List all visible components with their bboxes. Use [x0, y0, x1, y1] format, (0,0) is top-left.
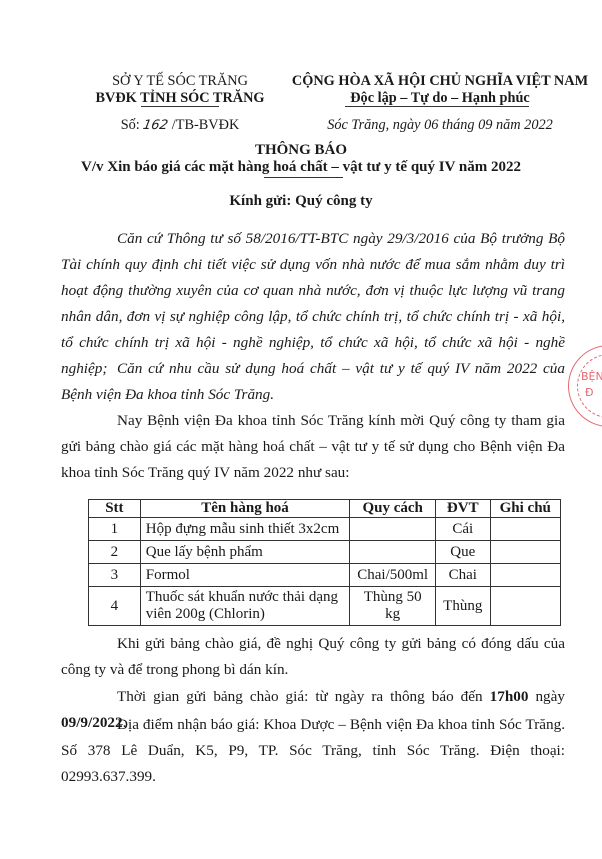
cell-name: Formol — [140, 564, 350, 587]
deadline-mid: ngày — [528, 688, 565, 705]
cell-unit: Cái — [435, 518, 490, 541]
recipient-line: Kính gửi: Quý công ty — [0, 193, 602, 210]
cell-spec — [350, 541, 436, 564]
paragraph-demand-basis: Căn cứ nhu cầu sử dụng hoá chất – vật tư… — [61, 356, 565, 408]
cell-unit: Chai — [435, 564, 490, 587]
cell-name: Hộp đựng mẫu sinh thiết 3x2cm — [140, 518, 350, 541]
number-suffix: /TB-BVĐK — [172, 117, 240, 133]
cell-unit: Thùng — [435, 587, 490, 626]
table-row: 2 Que lấy bệnh phẩm Que — [89, 541, 561, 564]
org-name: BVĐK TỈNH SÓC TRĂNG — [95, 90, 265, 107]
cell-stt: 3 — [89, 564, 141, 587]
number-prefix: Số: — [121, 117, 140, 133]
items-table: Stt Tên hàng hoá Quy cách ĐVT Ghi chú 1 … — [88, 499, 561, 626]
cell-note — [490, 564, 560, 587]
paragraph-submission-note: Khi gửi bảng chào giá, đề nghị Quý công … — [61, 631, 565, 683]
org-parent: SỞ Y TẾ SÓC TRĂNG — [95, 73, 265, 90]
org-underline — [141, 106, 219, 107]
table-row: 3 Formol Chai/500ml Chai — [89, 564, 561, 587]
paragraph-invitation: Nay Bệnh viện Đa khoa tỉnh Sóc Trăng kín… — [61, 408, 565, 486]
cell-note — [490, 587, 560, 626]
col-header-note: Ghi chú — [490, 500, 560, 518]
cell-name: Thuốc sát khuẩn nước thải dạng viên 200g… — [140, 587, 350, 626]
cell-note — [490, 541, 560, 564]
col-header-stt: Stt — [89, 500, 141, 518]
stamp-text-line1: BỆN — [581, 370, 602, 383]
cell-name: Que lấy bệnh phẩm — [140, 541, 350, 564]
subject-underline — [264, 177, 343, 178]
country-name: CỘNG HÒA XÃ HỘI CHỦ NGHĨA VIỆT NAM — [290, 73, 590, 90]
table-header-row: Stt Tên hàng hoá Quy cách ĐVT Ghi chú — [89, 500, 561, 518]
number-handwritten: 162 — [142, 118, 169, 133]
cell-unit: Que — [435, 541, 490, 564]
cell-stt: 2 — [89, 541, 141, 564]
cell-note — [490, 518, 560, 541]
col-header-name: Tên hàng hoá — [140, 500, 350, 518]
col-header-spec: Quy cách — [350, 500, 436, 518]
document-heading: THÔNG BÁO — [0, 142, 602, 159]
document-number: Số: 162 /TB-BVĐK — [95, 117, 265, 134]
place-date: Sóc Trăng, ngày 06 tháng 09 năm 2022 — [290, 117, 590, 134]
official-stamp: BỆN Đ — [568, 345, 602, 427]
table-row: 1 Hộp đựng mẫu sinh thiết 3x2cm Cái — [89, 518, 561, 541]
cell-spec: Chai/500ml — [350, 564, 436, 587]
deadline-prefix: Thời gian gửi bảng chào giá: từ ngày ra … — [117, 688, 490, 705]
col-header-unit: ĐVT — [435, 500, 490, 518]
cell-spec: Thùng 50 kg — [350, 587, 436, 626]
motto-underline — [345, 106, 529, 107]
cell-stt: 4 — [89, 587, 141, 626]
deadline-time: 17h00 — [490, 688, 529, 705]
cell-stt: 1 — [89, 518, 141, 541]
cell-spec — [350, 518, 436, 541]
paragraph-address: Địa điểm nhận báo giá: Khoa Dược – Bệnh … — [61, 712, 565, 790]
document-subject: V/v Xin báo giá các mặt hàng hoá chất – … — [0, 159, 602, 176]
table-row: 4 Thuốc sát khuẩn nước thải dạng viên 20… — [89, 587, 561, 626]
national-motto: Độc lập – Tự do – Hạnh phúc — [290, 90, 590, 107]
stamp-text-line2: Đ — [585, 386, 594, 399]
